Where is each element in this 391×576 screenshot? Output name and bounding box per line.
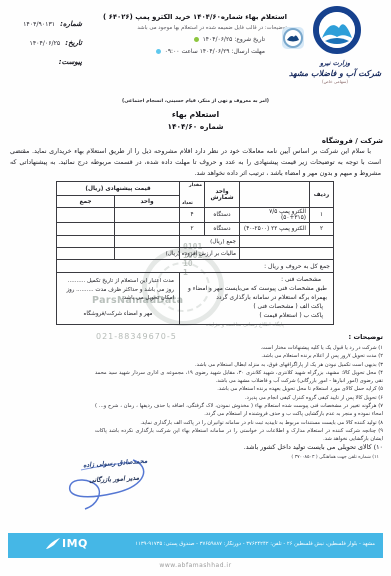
vat-blank-area bbox=[240, 248, 334, 260]
tech-spec-title: مشخصات فنی : bbox=[186, 276, 327, 285]
row-number: ۱ bbox=[310, 208, 334, 223]
slogan: (امر به معروف و نهی از منکر، قیام حسینی،… bbox=[0, 99, 391, 104]
total-words-label: جمع کل به حروف و ریال : bbox=[57, 260, 334, 273]
item-unit-price bbox=[115, 223, 180, 236]
note-item: ۱) شرکت در رد یا قبول یک یا کلیه پیشنهاد… bbox=[95, 344, 383, 352]
secondary-logo-icon bbox=[281, 26, 305, 50]
company-logo-icon bbox=[313, 6, 361, 54]
item-unit-price bbox=[115, 208, 180, 223]
notes-title: توضیحات : bbox=[95, 333, 383, 341]
items-table: ردیف واحد شمارش مقدار تعداد قیمت پیشنهاد… bbox=[56, 181, 334, 325]
note-item: ۷) هرگونه تغییر در مشخصات فنی پیوست شده … bbox=[95, 402, 383, 419]
pocket-a: پاکت الف ( مشخصات فنی ) bbox=[186, 303, 327, 312]
letterhead-meta: شماره: ۱۴۰۴/۹۰۱۳۱ تاریخ: ۱۴۰۴/۰۶/۲۵ پیوس… bbox=[8, 20, 82, 77]
vat-total-cell bbox=[57, 248, 115, 260]
imq-wing-icon bbox=[46, 538, 60, 550]
item-quantity: ۲ bbox=[180, 223, 205, 236]
meta-attachment-row: پیوست: bbox=[8, 58, 82, 66]
item-quantity: ۴ bbox=[180, 208, 205, 223]
green-dot-icon bbox=[194, 37, 199, 42]
row-number: ۲ bbox=[310, 223, 334, 236]
validity-text: مدت اعتبار این استعلام از تاریخ تکمیل ..… bbox=[62, 277, 174, 303]
attachment-label: پیوست: bbox=[59, 58, 82, 66]
inquiry-header: استعلام بهاء شماره۱۴۰۴/۶۰ خرید الکترو پم… bbox=[101, 13, 287, 55]
table-bottom-row: مشخصات فنی : طبق مشخصات فنی پیوست که می‌… bbox=[57, 273, 334, 325]
notes-section: توضیحات : ۱) شرکت در رد یا قبول یک یا کل… bbox=[95, 333, 383, 444]
item-unit: دستگاه bbox=[205, 208, 240, 223]
col-header-description bbox=[240, 182, 310, 208]
start-date-line: تاریخ شروع: ۱۴۰۴/۰۶/۲۵ bbox=[101, 36, 287, 43]
date-value: ۱۴۰۴/۰۶/۲۵ bbox=[30, 40, 61, 47]
inquiry-subtitle: توضیحات: در قالب فایل ضمیمه شده در استعل… bbox=[101, 25, 287, 31]
technical-spec-cell: مشخصات فنی : طبق مشخصات فنی پیوست که می‌… bbox=[180, 273, 334, 325]
note-item: ۳) بدیهی است تکمیل نبودن هر یک از پاراگر… bbox=[95, 361, 383, 369]
sum-unit-cell bbox=[115, 236, 180, 248]
signature-block: محمدصادق رسولی زاده مدیر امور بازرگانی bbox=[55, 452, 155, 514]
start-date-text: تاریخ شروع: ۱۴۰۴/۰۶/۲۵ bbox=[203, 36, 265, 43]
note-item-10: ۱۰) کالای تحویلی می بایست تولید داخل کشو… bbox=[244, 443, 383, 451]
deadline-text: مهلت ارسال: ۱۴۰۴/۰۶/۲۹ ساعت ۰۹:۰۰ bbox=[165, 48, 265, 55]
table-row: ۲ الکترو پمپ ۲۲ (۲۵۰۰-۴۰) دستگاه ۲ bbox=[57, 223, 334, 236]
note-item: ۶) تحویل کالا پس از تایید کیفی گروه کنتر… bbox=[95, 394, 383, 402]
deadline-line: مهلت ارسال: ۱۴۰۴/۰۶/۲۹ ساعت ۰۹:۰۰ bbox=[101, 48, 287, 55]
item-description: الکترو پمپ ۲۲ (۲۵۰۰-۴۰) bbox=[240, 223, 310, 236]
meta-date-row: تاریخ: ۱۴۰۴/۰۶/۲۵ bbox=[8, 39, 82, 47]
document-title: استعلام بهاء bbox=[0, 110, 391, 119]
note-item: ۵) کرایه حمل کالای مورد استعلام تا محل ت… bbox=[95, 385, 383, 393]
addressee: شرکت / فروشگاه bbox=[322, 137, 383, 145]
ministry-name: وزارت نیرو bbox=[285, 59, 385, 67]
item-total-price bbox=[57, 208, 115, 223]
intro-paragraph: با سلام این شرکت بر اساس آیین نامه معامل… bbox=[10, 146, 381, 179]
quantity-label-bottom: تعداد bbox=[182, 201, 193, 206]
total-words-row: جمع کل به حروف و ریال : bbox=[57, 260, 334, 273]
col-header-total-price: جمع bbox=[57, 196, 115, 208]
imq-text: IMQ bbox=[62, 537, 88, 550]
col-header-price: قیمت پیشنهادی (ریال) bbox=[57, 182, 180, 196]
inquiry-title: استعلام بهاء شماره۱۴۰۴/۶۰ خرید الکترو پم… bbox=[101, 13, 287, 22]
quantity-label-top: مقدار bbox=[189, 183, 202, 188]
item-unit: دستگاه bbox=[205, 223, 240, 236]
company-type: (سهامی خاص) bbox=[285, 79, 385, 84]
sum-blank-area bbox=[240, 236, 334, 248]
col-header-row-number: ردیف bbox=[310, 182, 334, 208]
pocket-b: پاکت ب ( استعلام قیمت ) bbox=[186, 312, 327, 321]
document-page: 0101 1001 10 1 ParsNamadData پایگاه اطلا… bbox=[0, 0, 391, 576]
col-header-unit-price: واحد bbox=[115, 196, 180, 208]
stamp-line: مهر و امضاء شرکت/فروشگاه bbox=[62, 310, 174, 319]
number-label: شماره: bbox=[60, 20, 82, 28]
number-value: ۱۴۰۴/۹۰۱۳۱ bbox=[23, 21, 55, 28]
sum-label: جمع (ریال) bbox=[180, 236, 240, 248]
website-url: www.abfamashhad.ir bbox=[0, 562, 391, 569]
footer-bar: IMQ مشهد - بلوار فلسطین، نبش فلسطین ۲۶ -… bbox=[8, 533, 383, 558]
note-item: ۲) مدت تحویل ۷روز پس از اعلام برنده استع… bbox=[95, 352, 383, 360]
item-total-price bbox=[57, 223, 115, 236]
document-number: شماره ۱۴۰۴/۶۰ bbox=[0, 122, 391, 131]
col-header-quantity: مقدار تعداد bbox=[180, 182, 205, 208]
imq-logo: IMQ bbox=[46, 537, 88, 550]
meta-number-row: شماره: ۱۴۰۴/۹۰۱۳۱ bbox=[8, 20, 82, 28]
tech-spec-body: طبق مشخصات فنی پیوست که می‌بایست مهر و ا… bbox=[186, 285, 327, 303]
sum-total-cell bbox=[57, 236, 115, 248]
note-item: ۸) تولید کننده کالا می بایست مستندات مرب… bbox=[95, 419, 383, 427]
table-row: ۱ الکترو پمپ ۷/۵ (۳۱۵+۵۰) دستگاه ۴ bbox=[57, 208, 334, 223]
sum-row: جمع (ریال) bbox=[57, 236, 334, 248]
col-header-unit: واحد شمارش bbox=[205, 182, 240, 208]
blue-dot-icon bbox=[156, 49, 161, 54]
company-name: شرکت آب و فاضلاب مشهد bbox=[285, 69, 385, 78]
note-item: ۴) محل تحویل کالا: مشهد، بزرگراه شهید کل… bbox=[95, 369, 383, 386]
organization-names: وزارت نیرو شرکت آب و فاضلاب مشهد (سهامی … bbox=[285, 59, 385, 84]
footer-address: مشهد - بلوار فلسطین، نبش فلسطین ۲۶ - تلف… bbox=[136, 541, 375, 547]
validity-cell: مدت اعتبار این استعلام از تاریخ تکمیل ..… bbox=[57, 273, 180, 325]
vat-label: مالیات بر ارزش افزوده (ریال) bbox=[180, 248, 240, 260]
date-label: تاریخ: bbox=[65, 39, 82, 47]
note-item: ۹) چنانچه شرکت کننده در استعلام مدارک و … bbox=[95, 427, 383, 444]
item-description: الکترو پمپ ۷/۵ (۳۱۵+۵۰) bbox=[240, 208, 310, 223]
vat-row: مالیات بر ارزش افزوده (ریال) bbox=[57, 248, 334, 260]
note-item-11: ۱۱) شماره تلفن جهت هماهنگی ( ۳۷۰۰۸۵۰۳ ) bbox=[291, 455, 379, 460]
